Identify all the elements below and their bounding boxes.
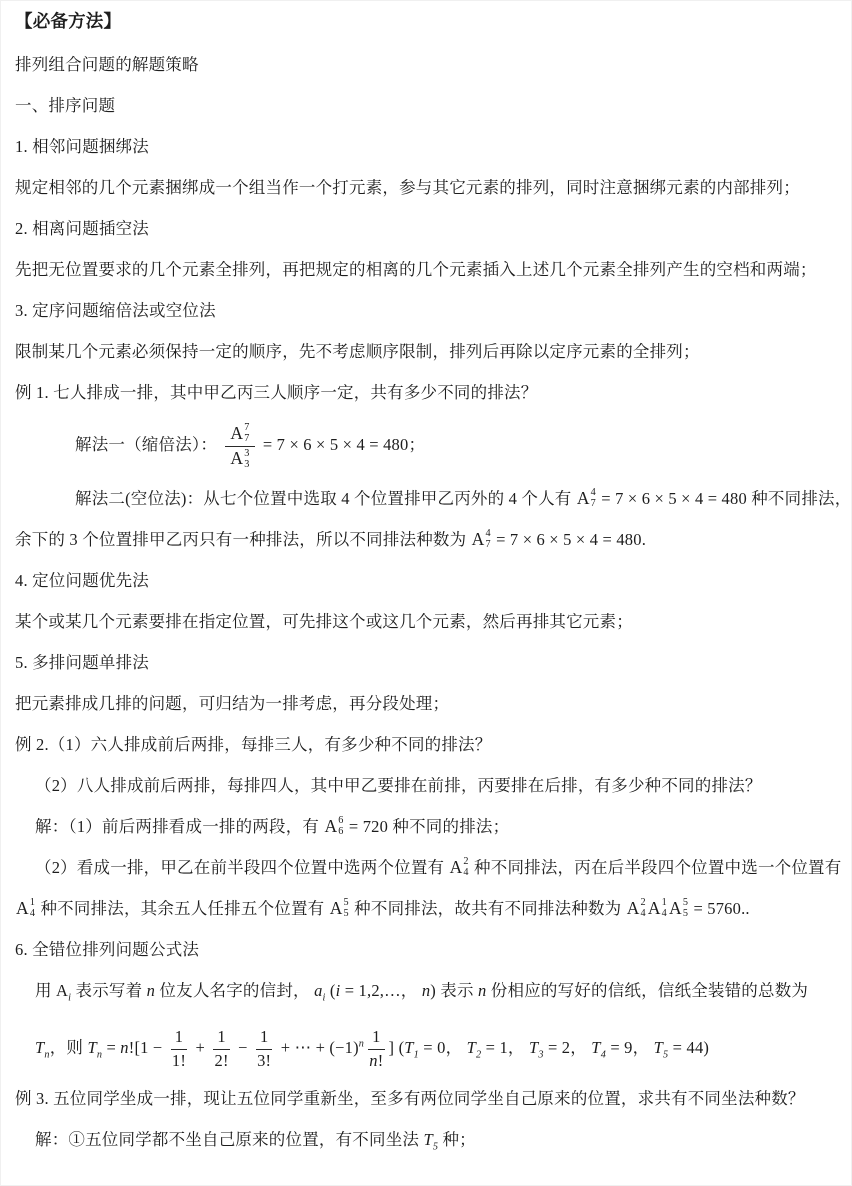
method-heading-6: 6. 全错位排列问题公式法 <box>15 938 839 961</box>
example-2-solution-1: 解：（1）前后两排看成一排的两段，有 A66 = 720 种不同的排法； <box>15 815 839 838</box>
example-1: 例 1. 七人排成一排，其中甲乙丙三人顺序一定，共有多少不同的排法？ <box>15 381 839 404</box>
method-body-6: 用 Ai 表示写着 n 位友人名字的信封， ai (i = 1,2,…， n) … <box>15 979 839 1009</box>
method-body-3: 限制某几个元素必须保持一定的顺序，先不考虑顺序限制，排列后再除以定序元素的全排列… <box>15 340 839 363</box>
method-heading-2: 2. 相离问题插空法 <box>15 217 839 240</box>
method-heading-5: 5. 多排问题单排法 <box>15 651 839 674</box>
permutation-symbol: A47 <box>472 528 491 551</box>
example-3-solution-1: 解：①五位同学都不坐自己原来的位置，有不同坐法 T5 种； <box>15 1128 839 1158</box>
derangement-formula: Tn，则 Tn = n![1 − 11! + 12! − 13! + ⋯ + (… <box>15 1027 839 1071</box>
method-body-4: 某个或某几个元素要排在指定位置，可先排这个或这几个元素，然后再排其它元素； <box>15 610 839 633</box>
example-3: 例 3. 五位同学坐成一排，现让五位同学重新坐，至多有两位同学坐自己原来的位置，… <box>15 1087 839 1110</box>
method-heading-1: 1. 相邻问题捆绑法 <box>15 135 839 158</box>
fraction: 13! <box>256 1027 272 1071</box>
fraction: 11! <box>171 1027 187 1071</box>
permutation-symbol: A14 <box>16 897 35 920</box>
permutation-symbol: A55 <box>330 897 349 920</box>
example-2-solution-2: （2）看成一排，甲乙在前半段四个位置中选两个位置有 A24 种不同排法，丙在后半… <box>15 856 839 879</box>
document-page: 【必备方法】排列组合问题的解题策略一、排序问题1. 相邻问题捆绑法规定相邻的几个… <box>0 0 852 1186</box>
example-2-part-1: 例 2.（1）六人排成前后两排，每排三人，有多少种不同的排法？ <box>15 733 839 756</box>
example-1-solution-2: 解法二(空位法)：从七个位置中选取 4 个位置排甲乙丙外的 4 个人有 A47 … <box>15 487 839 510</box>
method-body-5: 把元素排成几排的问题，可归结为一排考虑，再分段处理； <box>15 692 839 715</box>
permutation-symbol: A33 <box>230 448 249 471</box>
permutation-symbol: A77 <box>230 422 249 445</box>
permutation-symbol: A66 <box>324 815 343 838</box>
fraction: 1n! <box>368 1027 384 1071</box>
method-heading-3: 3. 定序问题缩倍法或空位法 <box>15 299 839 322</box>
permutation-symbol: A24 <box>450 856 469 879</box>
method-heading-4: 4. 定位问题优先法 <box>15 569 839 592</box>
permutation-symbol: A14 <box>648 897 667 920</box>
fraction: 12! <box>213 1027 229 1071</box>
example-2-part-2: （2）八人排成前后两排，每排四人，其中甲乙要排在前排，丙要排在后排，有多少种不同… <box>15 774 839 797</box>
doc-title: 【必备方法】 <box>15 10 839 33</box>
example-2-solution-2-cont: A14 种不同排法，其余五人任排五个位置有 A55 种不同排法，故共有不同排法种… <box>15 897 839 920</box>
document-body: 【必备方法】排列组合问题的解题策略一、排序问题1. 相邻问题捆绑法规定相邻的几个… <box>15 10 839 1159</box>
fraction: A77A33 <box>225 422 254 471</box>
method-body-2: 先把无位置要求的几个元素全排列，再把规定的相离的几个元素插入上述几个元素全排列产… <box>15 258 839 281</box>
section-heading-1: 一、排序问题 <box>15 94 839 117</box>
doc-subtitle: 排列组合问题的解题策略 <box>15 53 839 76</box>
example-1-solution-2-cont: 余下的 3 个位置排甲乙丙只有一种排法，所以不同排法种数为 A47 = 7 × … <box>15 528 839 551</box>
permutation-symbol: A24 <box>627 897 646 920</box>
example-1-solution-1: 解法一（缩倍法）： A77A33 = 7 × 6 × 5 × 4 = 480； <box>15 422 839 471</box>
method-body-1: 规定相邻的几个元素捆绑成一个组当作一个打元素，参与其它元素的排列，同时注意捆绑元… <box>15 176 839 199</box>
permutation-symbol: A55 <box>669 897 688 920</box>
permutation-symbol: A47 <box>577 487 596 510</box>
